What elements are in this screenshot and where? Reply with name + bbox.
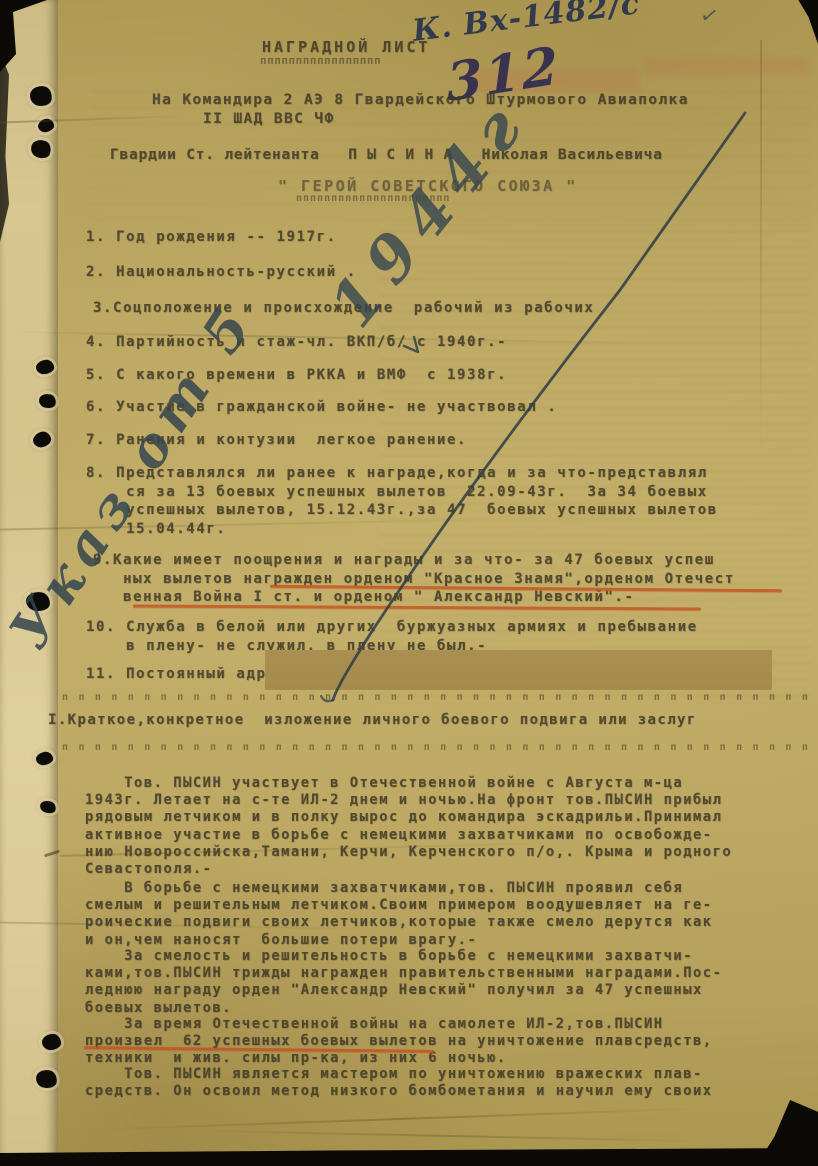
red-stamp-ghost <box>645 56 810 76</box>
address-redaction-box <box>265 650 772 690</box>
field-existing-awards: 9.Какие имеет поощрения и награды и за ч… <box>93 551 818 607</box>
crease-line <box>100 1108 700 1131</box>
section-heading: I.Краткое,конкретное изложение личного б… <box>48 712 808 728</box>
photo-edge-bottom <box>0 1148 818 1166</box>
narrative-paragraph-2: В борьбе с немецкими захватчиками,тов. П… <box>85 880 817 949</box>
narrative-paragraph-4: За время Отечественной войны на самолете… <box>85 1016 817 1068</box>
narrative-paragraph-1: Тов. ПЫСИН участвует в Отечественной вой… <box>85 775 817 878</box>
photo-edge-bottom-right <box>756 1100 818 1166</box>
crease-line <box>200 1130 700 1142</box>
narrative-paragraph-5: Тов. ПЫСИН является мастером по уничтоже… <box>85 1066 817 1100</box>
crease-line <box>760 40 762 460</box>
award-sheet-page: НАГРАДНОЙ ЛИСТ ппппппппппппппппп К. Вх-1… <box>0 0 818 1166</box>
officer-name-line: Гвардии Ст. лейтенанта П Ы С И Н А Никол… <box>110 147 663 163</box>
separator-row: п п п п п п п п п п п п п п п п п п п п … <box>62 742 818 753</box>
punch-hole <box>41 1033 62 1051</box>
narrative-paragraph-3: За смелость и решительность в борьбе с н… <box>85 948 817 1017</box>
title-underline: ппппппппппппппппп <box>260 54 381 67</box>
recipient-line-1: На Командира 2 АЭ 8 Гвардейского Штурмов… <box>152 92 689 108</box>
photo-edge-top-right <box>794 0 818 44</box>
pencil-checkmark: ✓ <box>698 2 721 30</box>
field-prior-nominations: 8. Представлялся ли ранее к награде,когд… <box>86 464 816 538</box>
separator-row: п п п п п п п п п п п п п п п п п п п п … <box>62 692 818 703</box>
field-nationality: 2. Национальность-русский . <box>86 263 811 282</box>
recipient-line-2: II ШАД ВВС ЧФ <box>203 111 335 127</box>
